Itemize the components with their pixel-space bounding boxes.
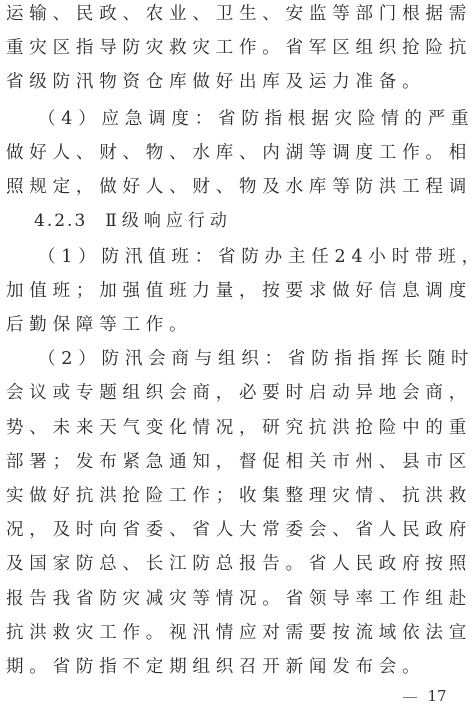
text-line: （1）防汛值班：省防办主任24小时带班，省防办副主任参 xyxy=(38,245,468,269)
text-line: 报告我省防灾减灾等情况。省领导率工作组赴所联系的市州指导 xyxy=(6,587,468,611)
text-line: 加值班；加强值班力量，按要求做好信息调度、汇总与报告以及 xyxy=(6,279,468,303)
text-line: 实做好抗洪抢险工作；收集整理灾情、抗洪救灾行动等重要情 xyxy=(6,484,468,508)
text-line: 运输、民政、农业、卫生、安监等部门根据需要派出工作组赶赴 xyxy=(6,2,468,26)
text-line: 及国家防总、长江防总报告。省人民政府按照有关规定向国务院 xyxy=(6,552,468,576)
text-line: 后勤保障等工作。 xyxy=(6,313,468,337)
text-line: 重灾区指导防灾救灾工作。省军区组织抢险抗灾力量集结待命， xyxy=(6,36,468,60)
text-line: 抗洪救灾工作。视汛情应对需要按流域依法宣布进入紧急防汛 xyxy=(6,621,468,645)
section-title: Ⅱ级响应行动 xyxy=(105,211,232,231)
text-line: 会议或专题组织会商，必要时启动异地会商，分析洪水发展趋 xyxy=(6,381,468,405)
page-number: 17 xyxy=(384,686,456,706)
section-number: 4.2.3 xyxy=(34,211,87,231)
text-line: 做好人、财、物、水库、内湖等调度工作。相关市州、县市区按 xyxy=(6,141,468,165)
text-line: 部署；发布紧急通知，督促相关市州、县市区防汛抗旱指挥部切 xyxy=(6,450,468,474)
text-line: 期。省防指不定期组织召开新闻发布会。 xyxy=(6,655,468,679)
text-line: （2）防汛会商与组织：省防指指挥长随时主持召开防汛会商 xyxy=(38,347,468,371)
text-line: 照规定，做好人、财、物及水库等防洪工程调度工作。 xyxy=(6,175,468,199)
text-line: 省级防汛物资仓库做好出库及运力准备。 xyxy=(6,70,468,94)
text-line: 况，及时向省委、省人大常委会、省人民政府、省政协、省军区 xyxy=(6,518,468,542)
text-line: 势、未来天气变化情况，研究抗洪抢险中的重大问题并作出相应 xyxy=(6,416,468,440)
document-page: 运输、民政、农业、卫生、安监等部门根据需要派出工作组赶赴 重灾区指导防灾救灾工作… xyxy=(0,0,471,712)
section-heading: 4.2.3Ⅱ级响应行动 xyxy=(34,209,232,233)
page-number-value: 17 xyxy=(427,687,446,705)
text-line: （4）应急调度：省防指根据灾险情的严重程度和相关要求， xyxy=(38,107,468,131)
dash-left xyxy=(403,697,417,698)
